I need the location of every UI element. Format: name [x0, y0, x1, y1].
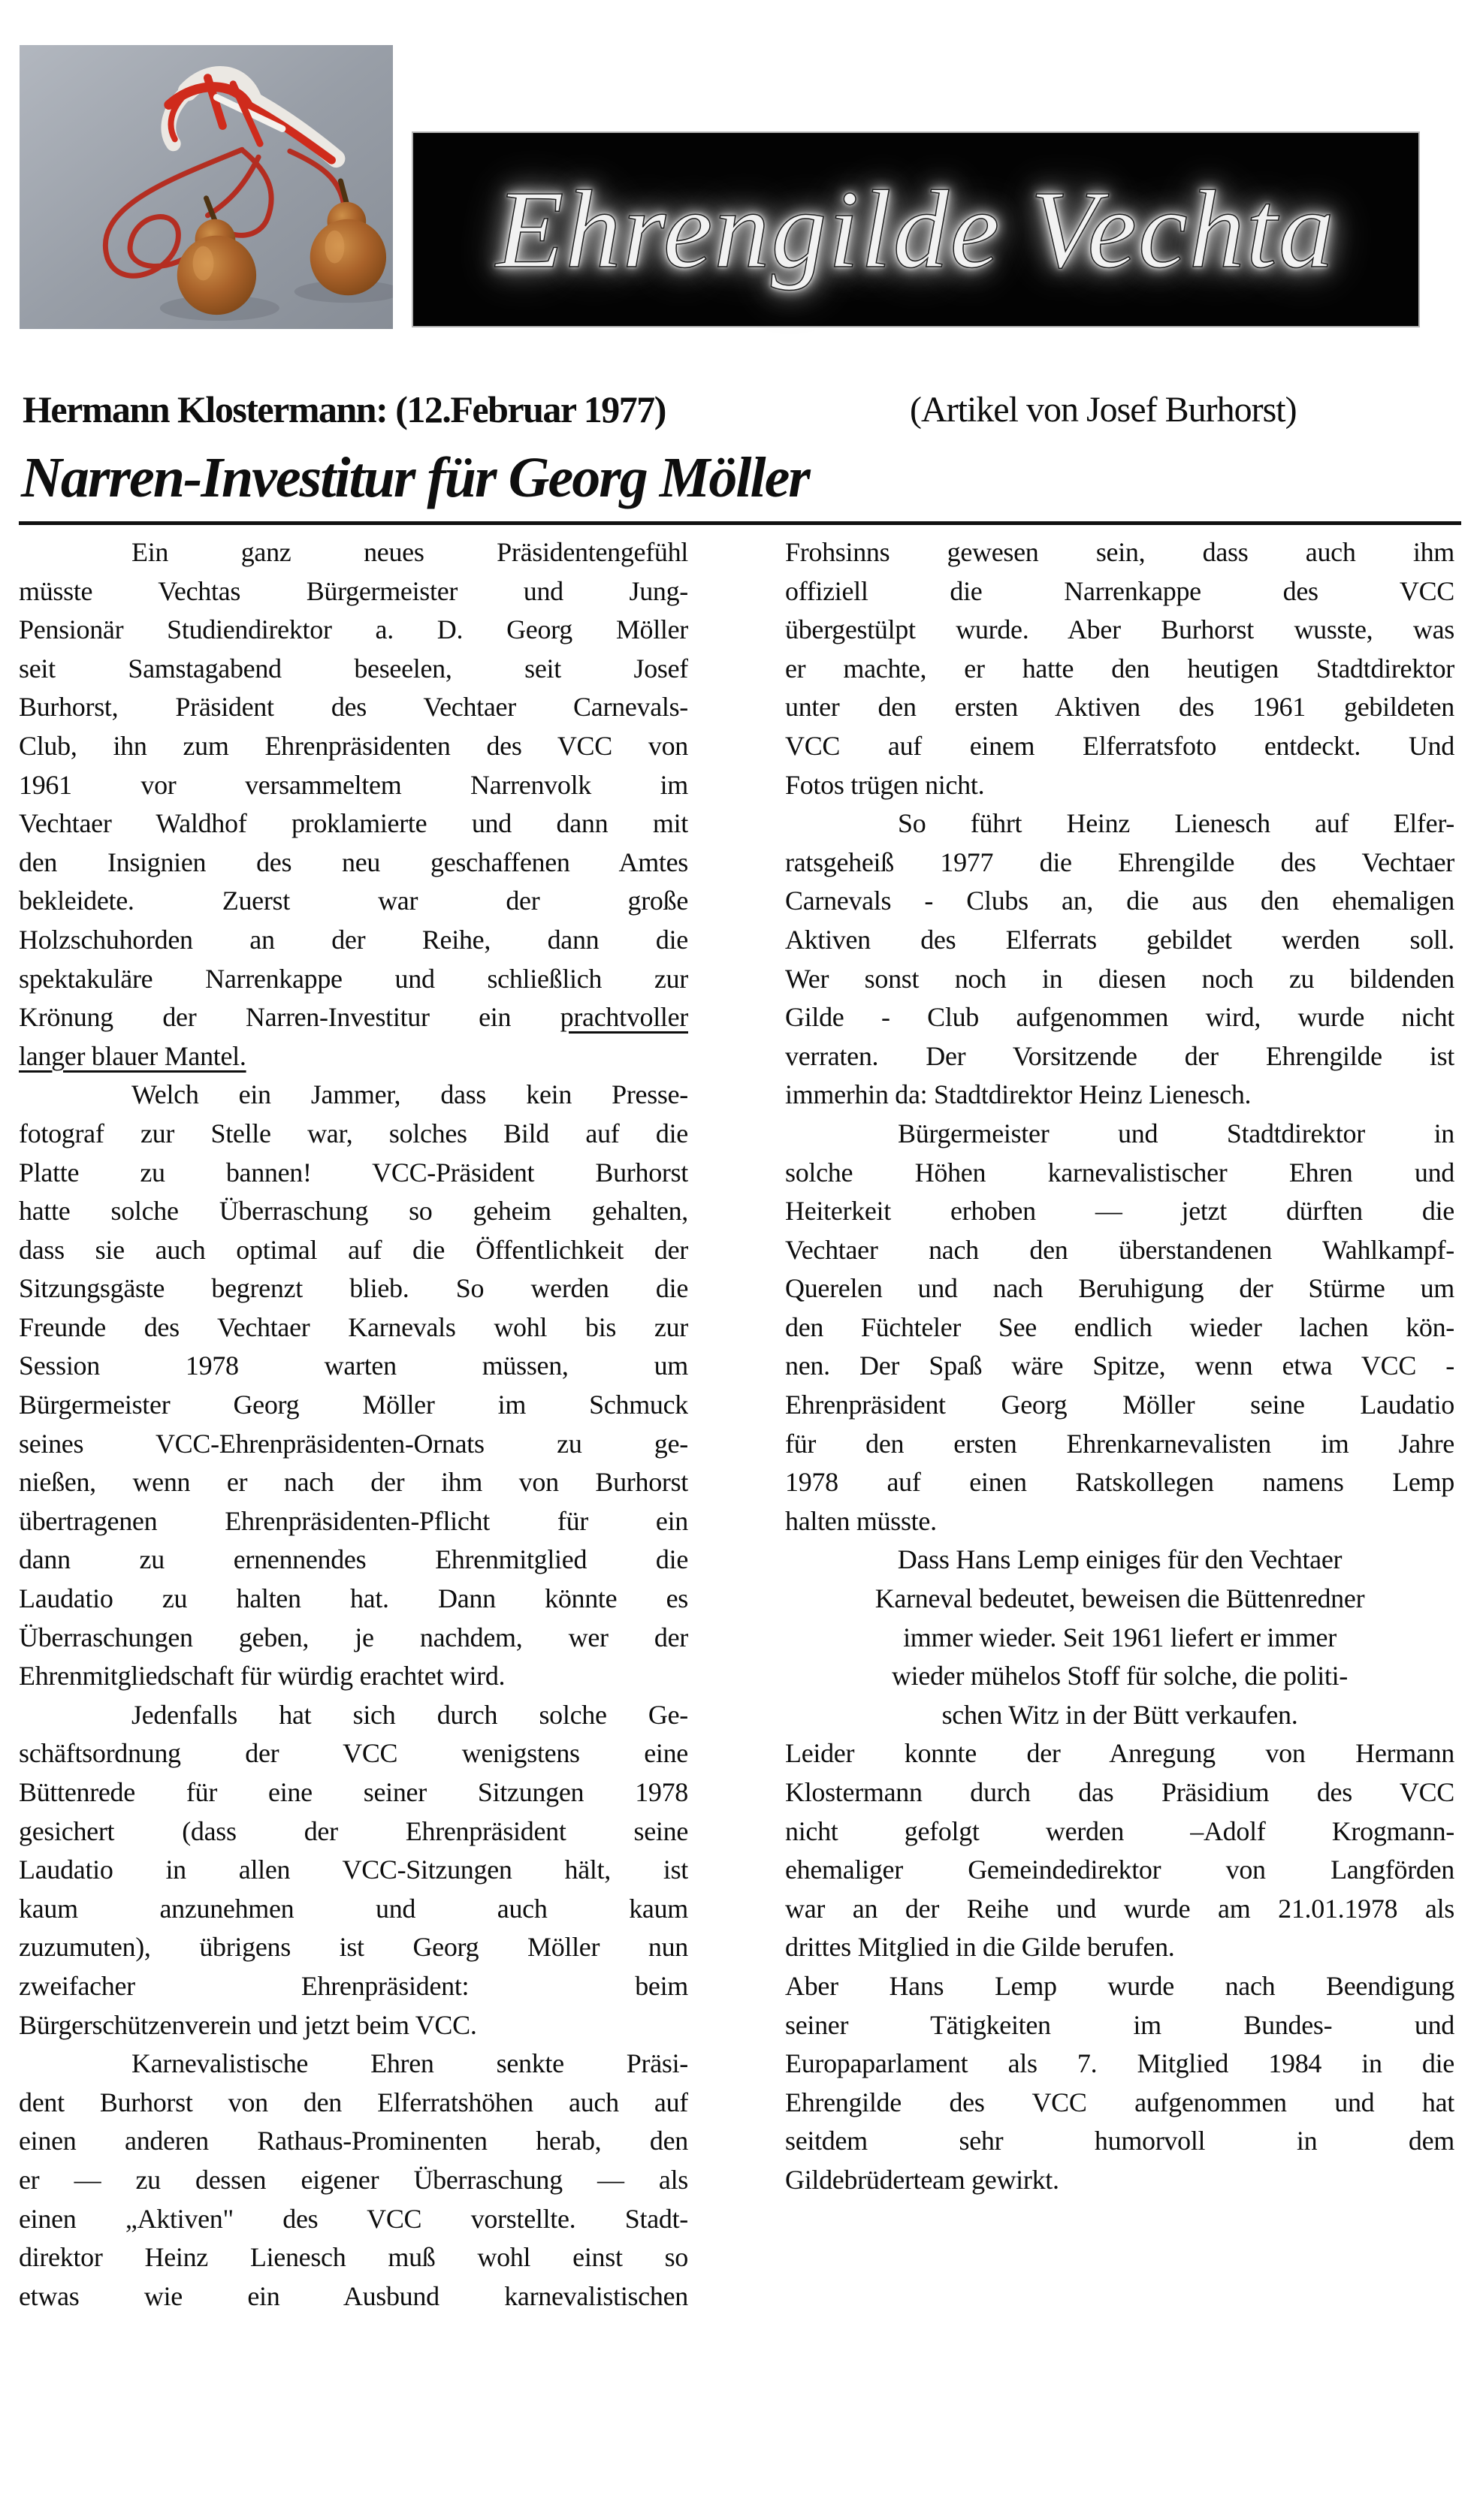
article-line: den Füchteler See endlich wieder lachen …: [785, 1308, 1454, 1348]
article-line: den Insignien des neu geschaffenen Amtes: [19, 844, 688, 883]
article-column-right: Frohsinns gewesen sein, dass auch ihmoff…: [785, 533, 1454, 2200]
article-line: dent Burhorst von den Elferratshöhen auc…: [19, 2084, 688, 2123]
article-line: Klostermann durch das Präsidium des VCC: [785, 1773, 1454, 1812]
article-line: direktor Heinz Lienesch muß wohl einst s…: [19, 2238, 688, 2277]
article-line: Querelen und nach Beruhigung der Stürme …: [785, 1269, 1454, 1308]
article-line: seines VCC-Ehrenpräsidenten-Ornats zu ge…: [19, 1425, 688, 1464]
article-line: Ehrenmitgliedschaft für würdig erachtet …: [19, 1657, 688, 1696]
article-line: 1978 auf einen Ratskollegen namens Lemp: [785, 1463, 1454, 1502]
article-line: Laudatio zu halten hat. Dann könnte es: [19, 1580, 688, 1619]
article-line: Krönung der Narren-Investitur ein pracht…: [19, 998, 688, 1037]
article-page: Ehrengilde Vechta Hermann Klostermann: (…: [0, 0, 1480, 2520]
article-line: Gildebrüderteam gewirkt.: [785, 2161, 1454, 2200]
masthead-title: Ehrengilde Vechta: [496, 166, 1336, 294]
article-line: kaum anzunehmen und auch kaum: [19, 1890, 688, 1929]
article-line: Büttenrede für eine seiner Sitzungen 197…: [19, 1773, 688, 1812]
article-line: halten müsste.: [785, 1502, 1454, 1541]
article-line: Fotos trügen nicht.: [785, 766, 1454, 805]
article-line: Aktiven des Elferrats gebildet werden so…: [785, 921, 1454, 960]
article-line: nicht gefolgt werden –Adolf Krogmann-: [785, 1812, 1454, 1852]
article-line: Aber Hans Lemp wurde nach Beendigung: [785, 1967, 1454, 2006]
article-line: Club, ihn zum Ehrenpräsidenten des VCC v…: [19, 727, 688, 766]
article-line: bekleidete. Zuerst war der große: [19, 882, 688, 921]
article-line: Gilde - Club aufgenommen wird, wurde nic…: [785, 998, 1454, 1037]
article-line: Überraschungen geben, je nachdem, wer de…: [19, 1619, 688, 1658]
article-line: er — zu dessen eigener Überraschung — al…: [19, 2161, 688, 2200]
article-line: offiziell die Narrenkappe des VCC: [785, 572, 1454, 611]
article-line: Karnevalistische Ehren senkte Präsi-: [19, 2045, 688, 2084]
article-line: Welch ein Jammer, dass kein Presse-: [19, 1076, 688, 1115]
article-line: 1961 vor versammeltem Narrenvolk im: [19, 766, 688, 805]
article-headline: Narren-Investitur für Georg Möller: [21, 449, 809, 506]
article-line: Platte zu bannen! VCC-Präsident Burhorst: [19, 1154, 688, 1193]
article-line: dann zu ernennendes Ehrenmitglied die: [19, 1541, 688, 1580]
article-line: Bürgermeister und Stadtdirektor in: [785, 1115, 1454, 1154]
article-line: ehemaliger Gemeindedirektor von Langförd…: [785, 1851, 1454, 1890]
article-line: nen. Der Spaß wäre Spitze, wenn etwa VCC…: [785, 1347, 1454, 1386]
article-line: langer blauer Mantel.: [19, 1037, 688, 1076]
article-line: unter den ersten Aktiven des 1961 gebild…: [785, 688, 1454, 727]
article-line: seit Samstagabend beseelen, seit Josef: [19, 650, 688, 689]
article-line: Bürgermeister Georg Möller im Schmuck: [19, 1386, 688, 1425]
article-line: Wer sonst noch in diesen noch zu bildend…: [785, 960, 1454, 999]
article-line: immer wieder. Seit 1961 liefert er immer: [785, 1619, 1454, 1658]
medal-photo-image: [20, 45, 393, 329]
article-line: für den ersten Ehrenkarnevalisten im Jah…: [785, 1425, 1454, 1464]
article-line: Freunde des Vechtaer Karnevals wohl bis …: [19, 1308, 688, 1348]
article-line: spektakuläre Narrenkappe und schließlich…: [19, 960, 688, 999]
article-line: fotograf zur Stelle war, solches Bild au…: [19, 1115, 688, 1154]
article-line: schäftsordnung der VCC wenigstens eine: [19, 1734, 688, 1773]
article-line: Heiterkeit erhoben — jetzt dürften die: [785, 1192, 1454, 1231]
article-line: dass sie auch optimal auf die Öffentlich…: [19, 1231, 688, 1270]
article-line: Europaparlament als 7. Mitglied 1984 in …: [785, 2045, 1454, 2084]
article-line: Holzschuhorden an der Reihe, dann die: [19, 921, 688, 960]
article-line: Ein ganz neues Präsidentengefühl: [19, 533, 688, 572]
article-line: seiner Tätigkeiten im Bundes- und: [785, 2006, 1454, 2045]
article-line: Sitzungsgäste begrenzt blieb. So werden …: [19, 1269, 688, 1308]
medal-photo: [20, 45, 393, 329]
article-line: Carnevals - Clubs an, die aus den ehemal…: [785, 882, 1454, 921]
article-line: immerhin da: Stadtdirektor Heinz Lienesc…: [785, 1076, 1454, 1115]
article-line: übergestülpt wurde. Aber Burhorst wusste…: [785, 611, 1454, 650]
article-line: schen Witz in der Bütt verkaufen.: [785, 1696, 1454, 1735]
headline-divider: [19, 521, 1461, 525]
article-line: So führt Heinz Lienesch auf Elfer-: [785, 804, 1454, 844]
article-line: ratsgeheiß 1977 die Ehrengilde des Vecht…: [785, 844, 1454, 883]
article-line: seitdem sehr humorvoll in dem: [785, 2122, 1454, 2161]
byline-author-date: Hermann Klostermann: (12.Februar 1977): [23, 388, 666, 431]
article-line: wieder mühelos Stoff für solche, die pol…: [785, 1657, 1454, 1696]
byline-credit: (Artikel von Josef Burhorst): [910, 389, 1297, 430]
article-line: war an der Reihe und wurde am 21.01.1978…: [785, 1890, 1454, 1929]
article-line: zuzumuten), übrigens ist Georg Möller nu…: [19, 1928, 688, 1967]
article-line: verraten. Der Vorsitzende der Ehrengilde…: [785, 1037, 1454, 1076]
article-line: müsste Vechtas Bürgermeister und Jung-: [19, 572, 688, 611]
article-line: zweifacher Ehrenpräsident: beim: [19, 1967, 688, 2006]
article-line: solche Höhen karnevalistischer Ehren und: [785, 1154, 1454, 1193]
article-line: etwas wie ein Ausbund karnevalistischen: [19, 2277, 688, 2316]
masthead-banner: Ehrengilde Vechta: [412, 131, 1420, 327]
article-line: gesichert (dass der Ehrenpräsident seine: [19, 1812, 688, 1852]
article-line: Pensionär Studiendirektor a. D. Georg Mö…: [19, 611, 688, 650]
article-line: nießen, wenn er nach der ihm von Burhors…: [19, 1463, 688, 1502]
article-line: VCC auf einem Elferratsfoto entdeckt. Un…: [785, 727, 1454, 766]
article-line: einen anderen Rathaus-Prominenten herab,…: [19, 2122, 688, 2161]
article-line: Dass Hans Lemp einiges für den Vechtaer: [785, 1541, 1454, 1580]
article-line: Karneval bedeutet, beweisen die Büttenre…: [785, 1580, 1454, 1619]
article-line: Frohsinns gewesen sein, dass auch ihm: [785, 533, 1454, 572]
article-line: er machte, er hatte den heutigen Stadtdi…: [785, 650, 1454, 689]
article-line: übertragenen Ehrenpräsidenten-Pflicht fü…: [19, 1502, 688, 1541]
article-line: einen „Aktiven" des VCC vorstellte. Stad…: [19, 2200, 688, 2239]
article-line: drittes Mitglied in die Gilde berufen.: [785, 1928, 1454, 1967]
article-line: Session 1978 warten müssen, um: [19, 1347, 688, 1386]
article-line: hatte solche Überraschung so geheim geha…: [19, 1192, 688, 1231]
article-line: Leider konnte der Anregung von Hermann: [785, 1734, 1454, 1773]
article-line: Ehrengilde des VCC aufgenommen und hat: [785, 2084, 1454, 2123]
article-line: Laudatio in allen VCC-Sitzungen hält, is…: [19, 1851, 688, 1890]
article-line: Bürgerschützenverein und jetzt beim VCC.: [19, 2006, 688, 2045]
article-line: Ehrenpräsident Georg Möller seine Laudat…: [785, 1386, 1454, 1425]
article-line: Jedenfalls hat sich durch solche Ge-: [19, 1696, 688, 1735]
article-line: Burhorst, Präsident des Vechtaer Carneva…: [19, 688, 688, 727]
article-column-left: Ein ganz neues Präsidentengefühlmüsste V…: [19, 533, 688, 2316]
article-line: Vechtaer Waldhof proklamierte und dann m…: [19, 804, 688, 844]
article-line: Vechtaer nach den überstandenen Wahlkamp…: [785, 1231, 1454, 1270]
